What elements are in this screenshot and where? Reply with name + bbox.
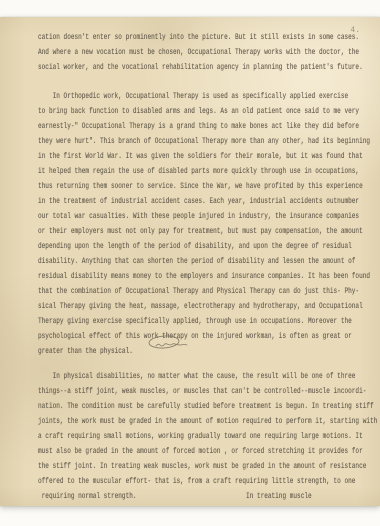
typed-line: things--a stiff joint, weak muscles, or … — [38, 384, 377, 399]
handwritten-correction-icon — [144, 335, 196, 352]
typed-line: earnestly-" Occupational Therapy is a gr… — [38, 119, 377, 134]
typed-line: social worker, and the vocational rehabi… — [38, 60, 377, 75]
typed-line: thus returning them sooner to service. S… — [38, 179, 377, 194]
typed-line: residual disability means money to the e… — [38, 269, 377, 284]
typed-line: nation. The condition must be carefully … — [38, 399, 377, 414]
typed-line: a craft requiring small motions, working… — [38, 429, 377, 444]
typed-line: disability. Anything that can shorten th… — [38, 254, 377, 269]
photo-background: 4. cation doesn't enter so prominently i… — [0, 0, 380, 526]
typed-line: sical Therapy giving the heat, massage, … — [38, 299, 377, 314]
typewritten-page: 4. cation doesn't enter so prominently i… — [0, 17, 380, 506]
typed-line: greater than the physical. — [38, 344, 377, 359]
typed-line: In Orthopedic work, Occupational Therapy… — [38, 89, 377, 104]
typed-line: our total war casualties. With these peo… — [38, 209, 377, 224]
typed-line: depending upon the length of the period … — [38, 239, 377, 254]
typed-line: it helped them regain the use of disable… — [38, 164, 377, 179]
typed-line: that the combination of Occupational The… — [38, 284, 377, 299]
typed-line: they were hurt". This branch of Occupati… — [38, 134, 377, 149]
typed-line: to bring back function to disabled arms … — [38, 104, 377, 119]
typed-line: in the treatment of industrial accident … — [38, 194, 377, 209]
typed-line: In physical disabilities, no matter what… — [38, 369, 377, 384]
typed-line: cation doesn't enter so prominently into… — [38, 30, 377, 45]
typed-line: joints, the work must be graded in the a… — [38, 414, 377, 429]
typed-line: in the first World War. It was given the… — [38, 149, 377, 164]
typed-line: requiring normal strength. In treating m… — [38, 489, 377, 504]
typed-line: offered to the muscular effort- that is,… — [38, 474, 377, 489]
typed-line: Therapy giving exercise specifically app… — [38, 314, 377, 329]
typed-line: or their employers must not only pay for… — [38, 224, 377, 239]
typed-text-block: cation doesn't enter so prominently into… — [38, 30, 377, 504]
typed-line: psychological effect of this work therap… — [38, 329, 377, 344]
typed-line: And where a new vocation must be chosen,… — [38, 45, 377, 60]
typed-line: must also be graded in the amount of for… — [38, 444, 377, 459]
typed-line: the stiff joint. In treating weak muscle… — [38, 459, 377, 474]
